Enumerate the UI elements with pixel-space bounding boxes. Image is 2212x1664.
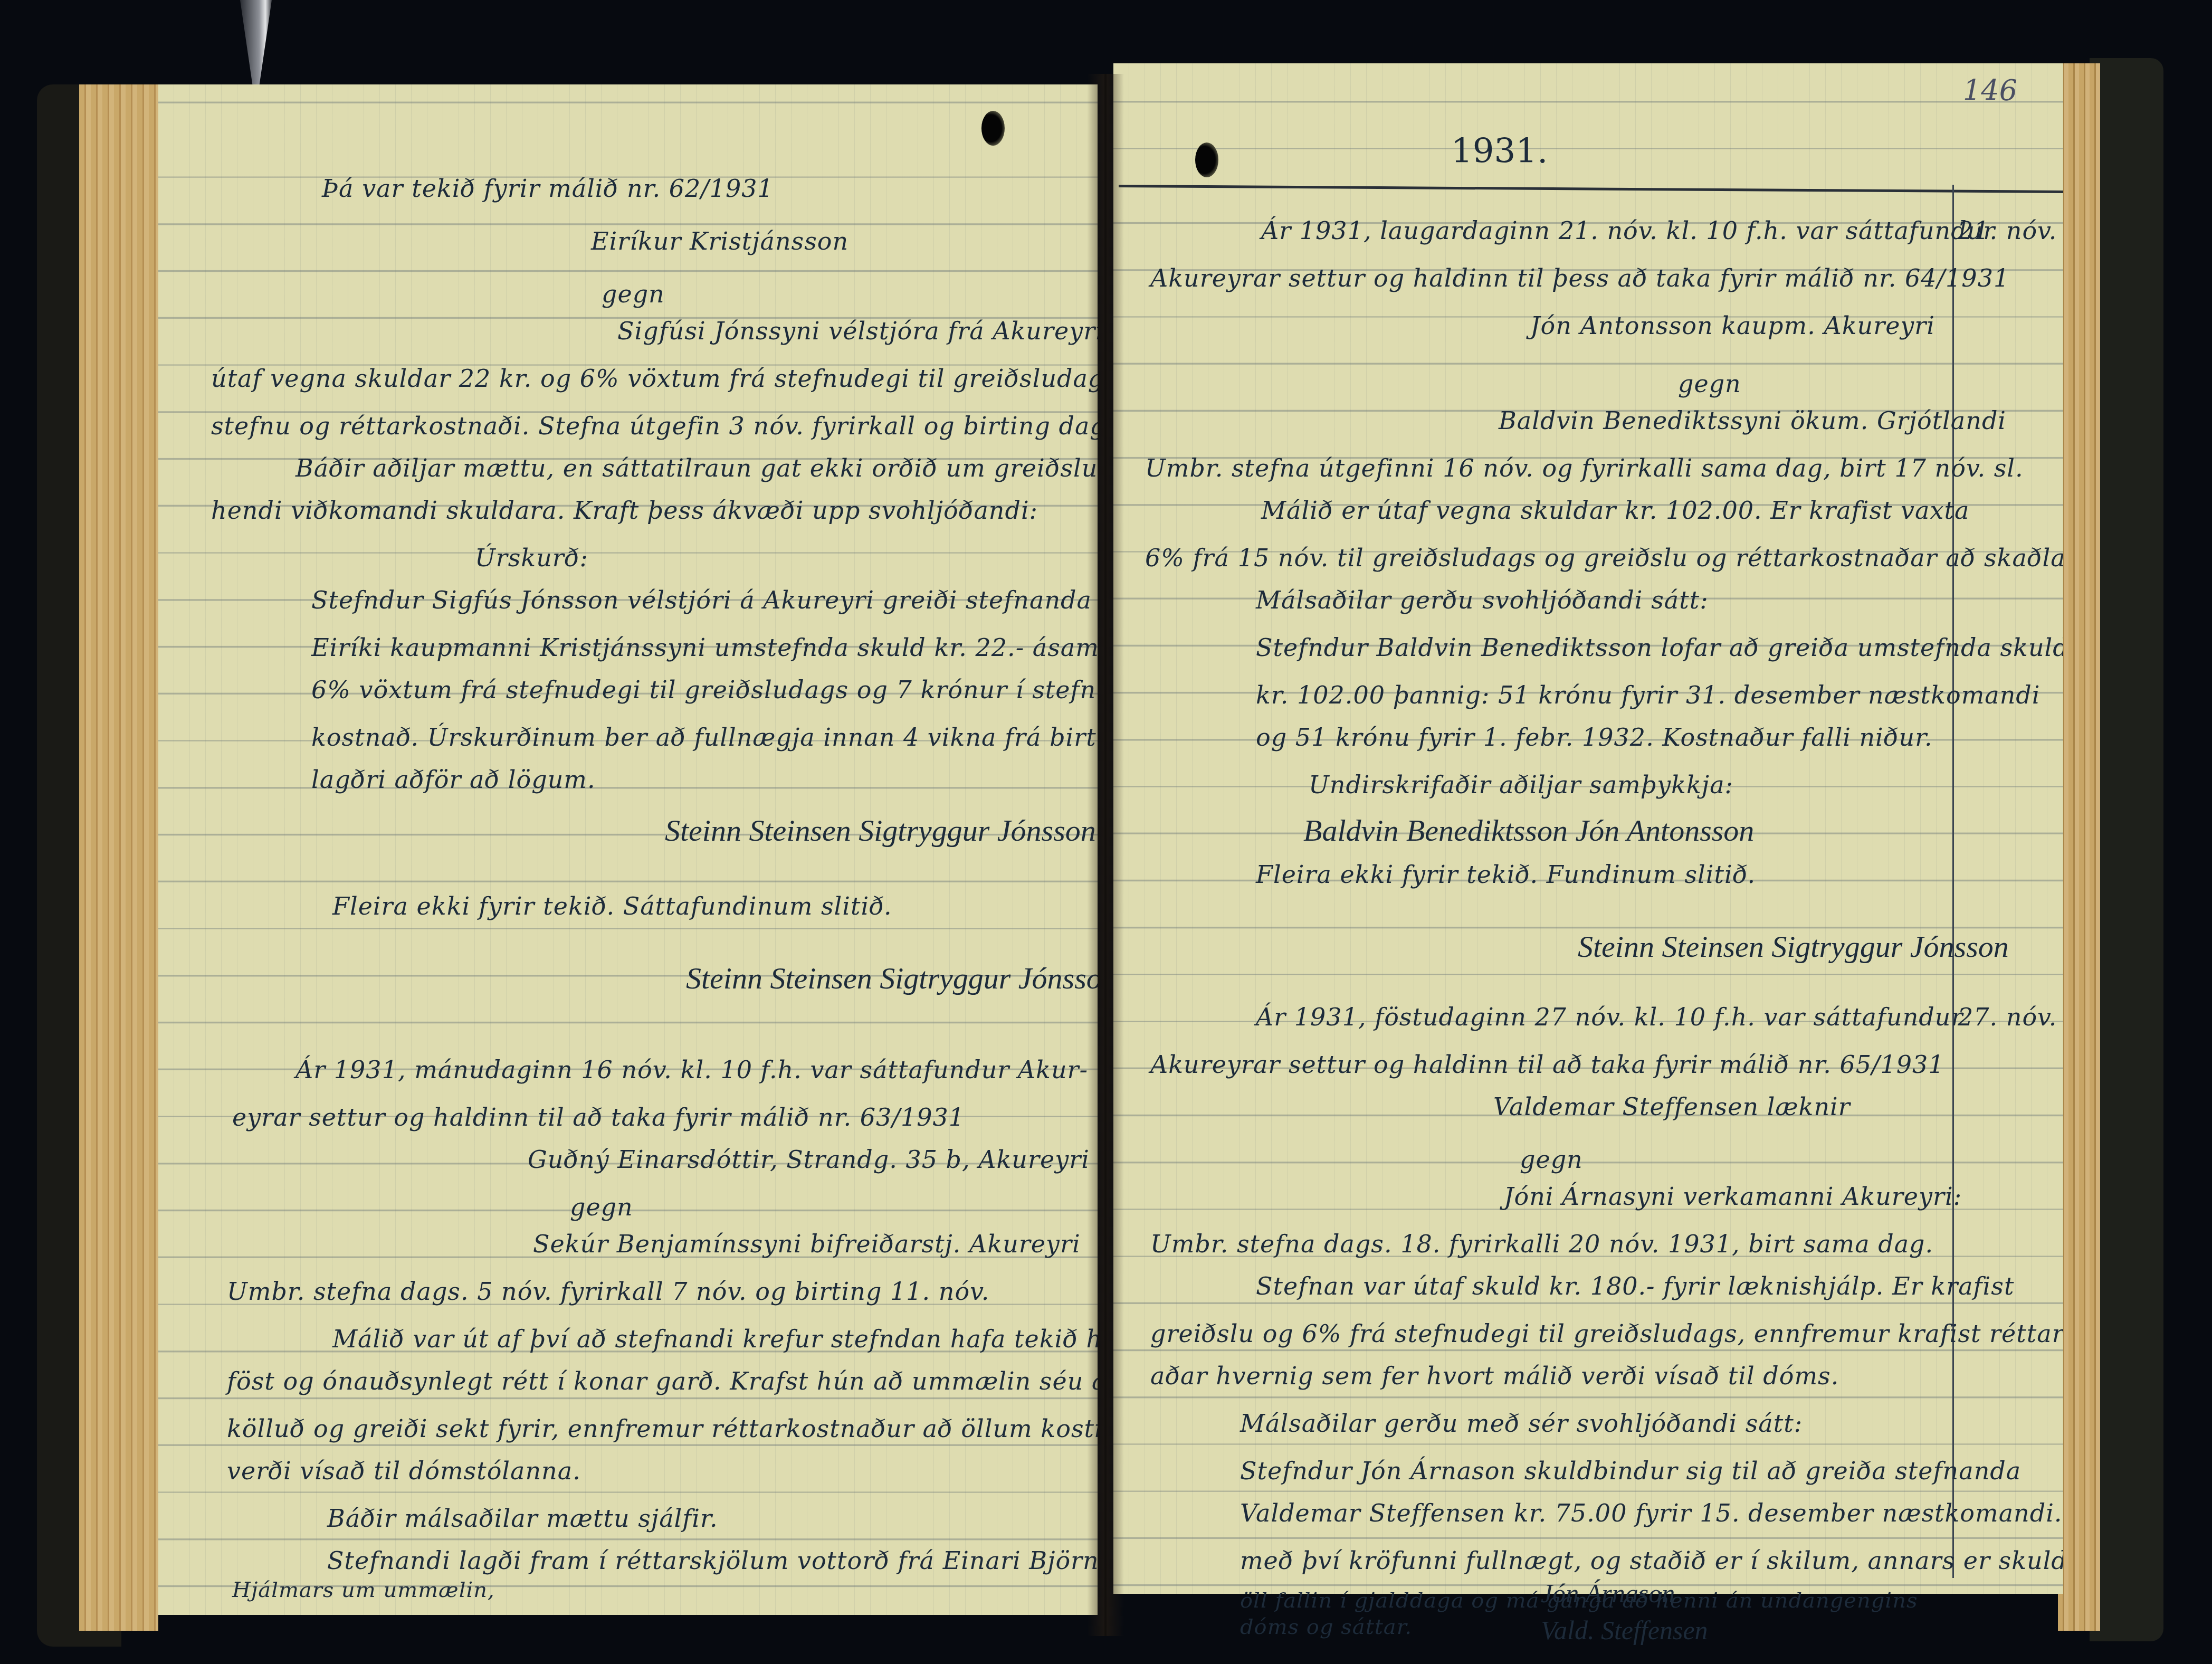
- text-line: Stefndur Jón Árnason skuldbindur sig til…: [1240, 1457, 2021, 1485]
- text-line: Málið var út af því að stefnandi krefur …: [332, 1325, 1098, 1353]
- gegn-label: gegn: [1678, 369, 1741, 398]
- plaintiff-name: Eiríkur Kristjánsson: [591, 227, 848, 255]
- book-cover-right: [2090, 58, 2163, 1641]
- book-gutter: [1087, 74, 1124, 1636]
- text-line: lagðri aðför að lögum.: [311, 765, 596, 794]
- right-page: 1931. 146 21. nóv. Ár 1931, laugardaginn…: [1113, 63, 2063, 1594]
- signature: Baldvin Benediktsson Jón Antonsson: [1303, 813, 1754, 848]
- case-intro: Ár 1931, föstudaginn 27 nóv. kl. 10 f.h.…: [1256, 1003, 1963, 1031]
- plaintiff-name: Guðný Einarsdóttir, Strandg. 35 b, Akure…: [528, 1145, 1090, 1174]
- text-line: eyrar settur og haldinn til að taka fyri…: [232, 1103, 965, 1131]
- binding-hole: [1195, 142, 1218, 177]
- text-line: kr. 102.00 þannig: 51 krónu fyrir 31. de…: [1256, 681, 2040, 709]
- left-page: Þá var tekið fyrir málið nr. 62/1931 Eir…: [158, 84, 1098, 1615]
- page-edges-left: [79, 84, 158, 1631]
- page-holder-blade: [240, 0, 272, 98]
- text-line: Stefndur Sigfús Jónsson vélstjóri á Akur…: [311, 586, 1092, 614]
- closing-line: Fleira ekki fyrir tekið. Sáttafundinum s…: [332, 892, 892, 920]
- text-line: Akureyrar settur og haldinn til að taka …: [1150, 1050, 1944, 1079]
- text-line: Eiríki kaupmanni Kristjánssyni umstefnda…: [311, 633, 1098, 662]
- text-line: Hjálmars um ummælin,: [232, 1578, 495, 1602]
- text-line: aðar hvernig sem fer hvort málið verði v…: [1150, 1362, 1839, 1390]
- page-edges-right: [2058, 63, 2100, 1631]
- text-line: Málsaðilar gerðu svohljóðandi sátt:: [1256, 586, 1709, 614]
- gegn-label: gegn: [1520, 1145, 1583, 1174]
- text-line: Báðir málsaðilar mættu sjálfir.: [327, 1504, 718, 1533]
- signature: Steinn Steinsen Sigtryggur Jónsson: [665, 813, 1096, 848]
- ruling-heading: Úrskurð:: [475, 544, 588, 572]
- text-line: Báðir aðiljar mættu, en sáttatilraun gat…: [295, 454, 1098, 482]
- text-line: föst og ónauðsynlegt rétt í konar garð. …: [227, 1367, 1098, 1395]
- text-line: Stefnandi lagði fram í réttarskjölum vot…: [327, 1546, 1098, 1575]
- text-line: verði vísað til dómstólanna.: [227, 1457, 581, 1485]
- binding-hole: [981, 111, 1005, 146]
- defendant-name: Baldvin Benediktssyni ökum. Grjótlandi: [1499, 406, 2006, 435]
- closing-line: Fleira ekki fyrir tekið. Fundinum slitið…: [1256, 860, 1756, 889]
- defendant-name: Jóni Árnasyni verkamanni Akureyri:: [1504, 1182, 1962, 1211]
- header-rule: [1119, 185, 2063, 193]
- text-line: Undirskrifaðir aðiljar samþykkja:: [1309, 771, 1733, 799]
- text-line: og 51 krónu fyrir 1. febr. 1932. Kostnað…: [1256, 723, 1933, 752]
- gegn-label: gegn: [602, 280, 665, 308]
- text-line: Umbr. stefna dags. 5 nóv. fyrirkall 7 nó…: [227, 1277, 989, 1306]
- signature: Steinn Steinsen Sigtryggur Jónsson: [686, 961, 1098, 996]
- margin-rule: [1952, 185, 1954, 1578]
- text-line: 6% vöxtum frá stefnudegi til greiðsludag…: [311, 676, 1098, 704]
- text-line: hendi viðkomandi skuldara. Kraft þess ák…: [211, 496, 1038, 525]
- text-line: með því kröfunni fullnægt, og staðið er …: [1240, 1546, 2063, 1575]
- text-line: Stefnan var útaf skuld kr. 180.- fyrir l…: [1256, 1272, 2014, 1300]
- text-line: greiðslu og 6% frá stefnudegi til greiðs…: [1150, 1319, 2063, 1348]
- text-line: dóms og sáttar.: [1240, 1615, 1412, 1639]
- text-line: stefnu og réttarkostnaði. Stefna útgefin…: [211, 412, 1098, 440]
- defendant-name: Sekúr Benjamínssyni bifreiðarstj. Akurey…: [533, 1230, 1081, 1258]
- page-number: 146: [1963, 74, 2017, 107]
- text-line: Akureyrar settur og haldinn til þess að …: [1150, 264, 2009, 292]
- case-intro: Ár 1931, mánudaginn 16 nóv. kl. 10 f.h. …: [295, 1056, 1088, 1084]
- signature: Vald. Steffensen: [1541, 1615, 1708, 1646]
- text-line: Málsaðilar gerðu með sér svohljóðandi sá…: [1240, 1409, 1803, 1438]
- text-line: Umbr. stefna dags. 18. fyrirkalli 20 nóv…: [1150, 1230, 1933, 1258]
- gegn-label: gegn: [570, 1193, 633, 1221]
- defendant-name: Sigfúsi Jónssyni vélstjóra frá Akureyri:: [617, 317, 1098, 345]
- case-intro: Þá var tekið fyrir málið nr. 62/1931: [322, 174, 774, 203]
- text-line: útaf vegna skuldar 22 kr. og 6% vöxtum f…: [211, 364, 1098, 393]
- text-line: Umbr. stefna útgefinni 16 nóv. og fyrirk…: [1145, 454, 2024, 482]
- text-line: kölluð og greiði sekt fyrir, ennfremur r…: [227, 1414, 1098, 1443]
- case-intro: Ár 1931, laugardaginn 21. nóv. kl. 10 f.…: [1261, 216, 1995, 245]
- year-header: 1931.: [1451, 132, 1548, 171]
- signature: Jón Árnason: [1541, 1578, 1675, 1609]
- plaintiff-name: Valdemar Steffensen læknir: [1493, 1092, 1851, 1121]
- text-line: Valdemar Steffensen kr. 75.00 fyrir 15. …: [1240, 1499, 2063, 1527]
- text-line: kostnað. Úrskurðinum ber að fullnægja in…: [311, 723, 1098, 752]
- text-line: 6% frá 15 nóv. til greiðsludags og greið…: [1145, 544, 2063, 572]
- signature: Steinn Steinsen Sigtryggur Jónsson: [1578, 929, 2009, 964]
- text-line: Stefndur Baldvin Benediktsson lofar að g…: [1256, 633, 2063, 662]
- plaintiff-name: Jón Antonsson kaupm. Akureyri: [1530, 311, 1935, 340]
- margin-date: 27. nóv.: [1958, 1003, 2057, 1031]
- text-line: Málið er útaf vegna skuldar kr. 102.00. …: [1261, 496, 1969, 525]
